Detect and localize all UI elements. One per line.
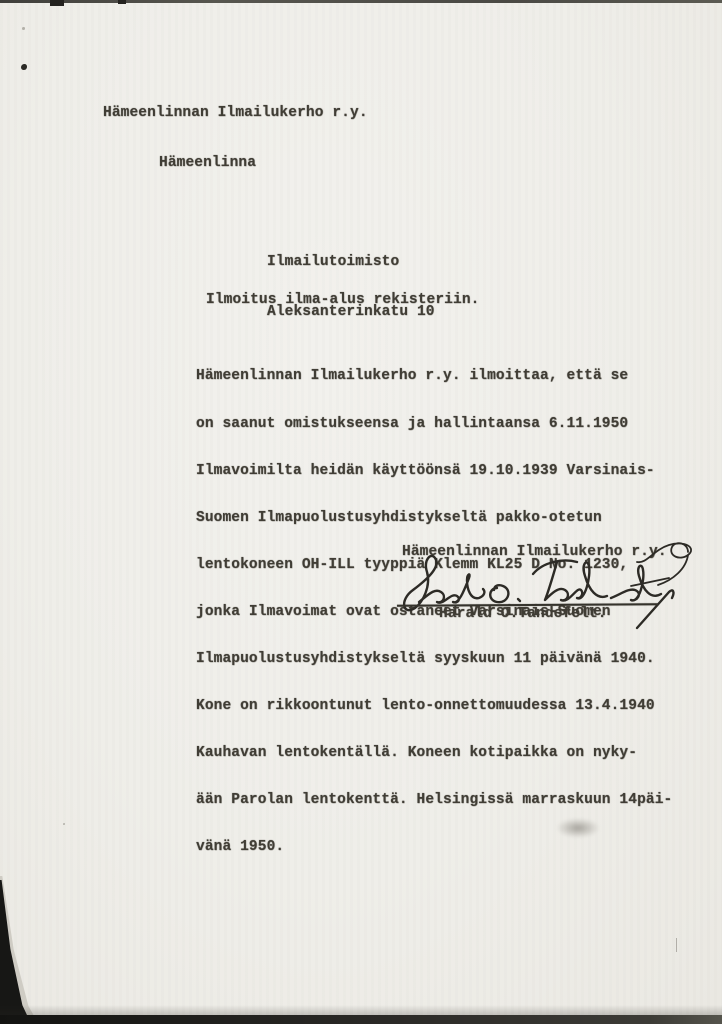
body-line: ään Parolan lentokenttä. Helsingissä mar…: [196, 793, 672, 809]
sender-name: Hämeenlinnan Ilmailukerho r.y.: [103, 105, 368, 122]
sender-city: Hämeenlinna: [103, 155, 368, 172]
body-line: Ilmapuolustusyhdistykseltä syyskuun 11 p…: [196, 652, 672, 668]
scan-top-edge: [0, 0, 722, 3]
body-line: Suomen Ilmapuolustusyhdistykseltä pakko-…: [196, 511, 672, 527]
subject-line: Ilmoitus ilma-alus rekisteriin.: [206, 292, 479, 308]
recipient-block: Ilmailutoimisto Aleksanterinkatu 10: [267, 220, 435, 354]
body-line: Ilmavoimilta heidän käyttöönsä 19.10.193…: [196, 464, 672, 480]
scan-edge-notch: [50, 0, 64, 6]
scan-bottom-edge: [0, 1015, 722, 1024]
paper-speck: [22, 27, 25, 30]
body-line: Kone on rikkoontunut lento-onnettomuudes…: [196, 699, 672, 715]
scan-scratch: [676, 938, 677, 952]
scanned-letter-page: Hämeenlinnan Ilmailukerho r.y. Hämeenlin…: [0, 0, 722, 1024]
body-line: Hämeenlinnan Ilmailukerho r.y. ilmoittaa…: [196, 369, 672, 385]
body-line: vänä 1950.: [196, 840, 672, 856]
ink-speck: [21, 64, 27, 70]
recipient-office: Ilmailutoimisto: [267, 254, 435, 271]
scan-bottom-shadow: [0, 1005, 722, 1015]
body-line: on saanut omistukseensa ja hallintaansa …: [196, 417, 672, 433]
sender-block: Hämeenlinnan Ilmailukerho r.y. Hämeenlin…: [103, 71, 368, 205]
signature-typed-name: Harald O.Tandefelt.: [439, 606, 607, 622]
scan-edge-notch: [118, 0, 126, 4]
body-line: Kauhavan lentokentällä. Koneen kotipaikk…: [196, 746, 672, 762]
paper-speck: [63, 823, 65, 825]
